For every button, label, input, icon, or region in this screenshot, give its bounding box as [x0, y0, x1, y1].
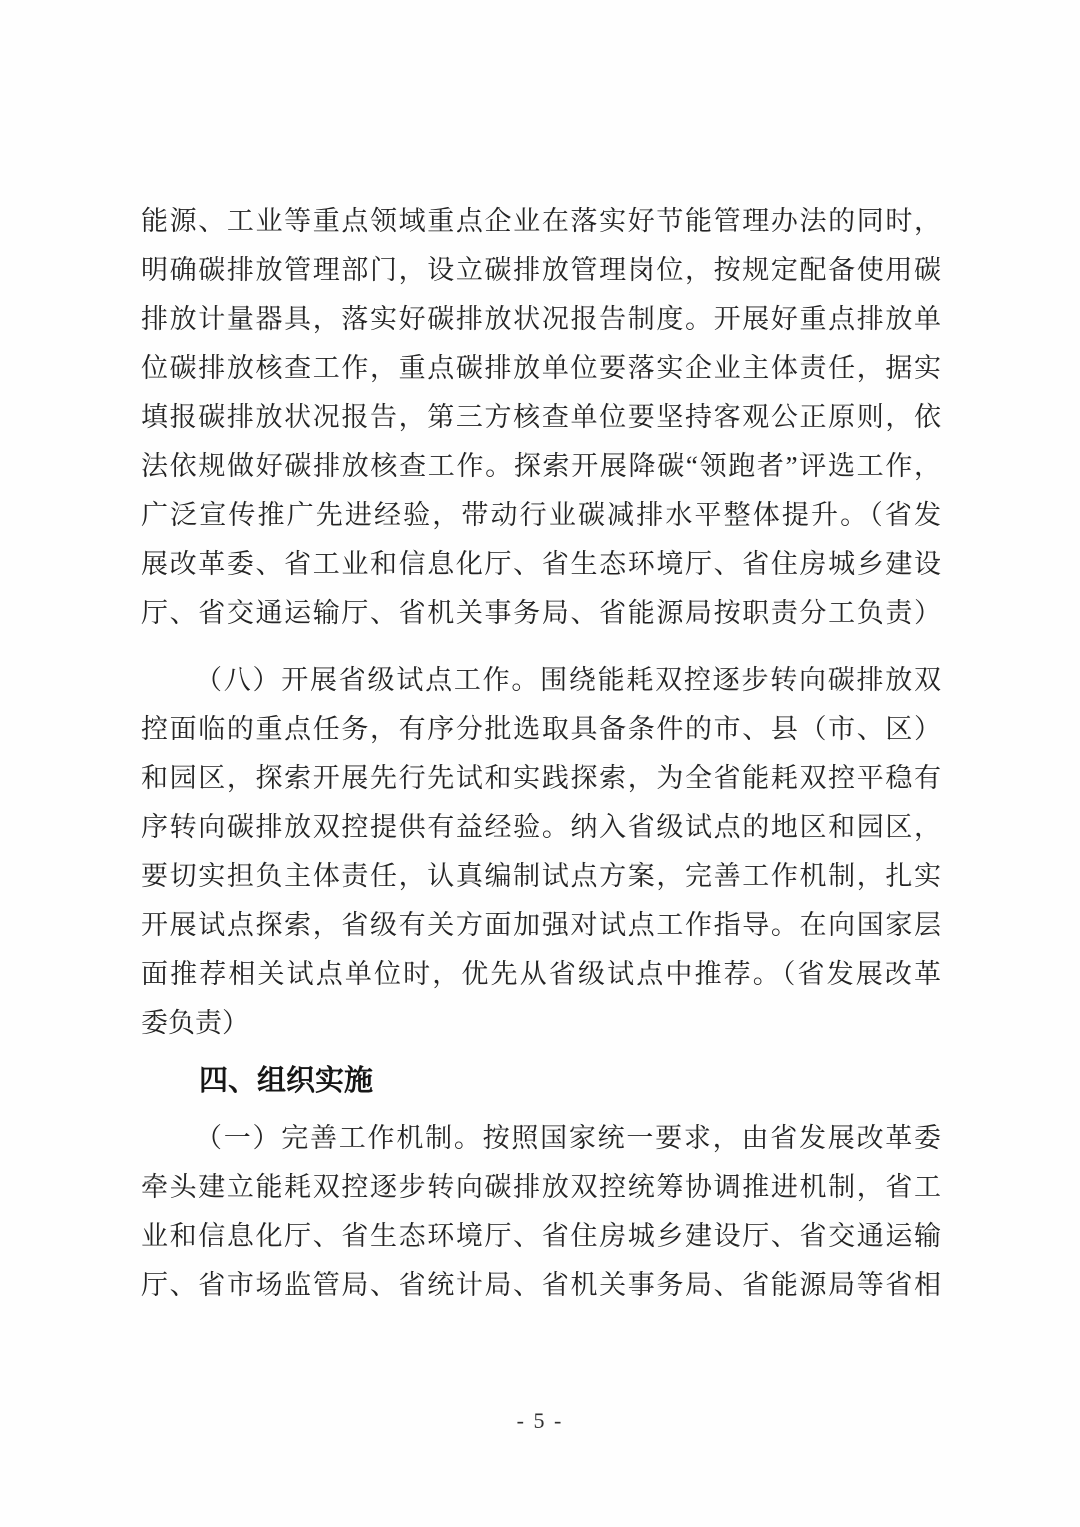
- document-body: 能源、工业等重点领域重点企业在落实好节能管理办法的同时，明确碳排放管理部门，设立…: [141, 197, 941, 1310]
- text-line: 牵头建立能耗双控逐步转向碳排放双控统筹协调推进机制，省工: [141, 1163, 941, 1212]
- text-line: 位碳排放核查工作，重点碳排放单位要落实企业主体责任，据实: [141, 344, 941, 393]
- document-page: 能源、工业等重点领域重点企业在落实好节能管理办法的同时，明确碳排放管理部门，设立…: [0, 0, 1080, 1527]
- text-line: 面推荐相关试点单位时，优先从省级试点中推荐。（省发展改革: [141, 950, 941, 999]
- text-line: 明确碳排放管理部门，设立碳排放管理岗位，按规定配备使用碳: [141, 246, 941, 295]
- text-line: 厅、省市场监管局、省统计局、省机关事务局、省能源局等省相: [141, 1261, 941, 1310]
- text-line: 能源、工业等重点领域重点企业在落实好节能管理办法的同时，: [141, 197, 941, 246]
- text-line: 序转向碳排放双控提供有益经验。纳入省级试点的地区和园区，: [141, 803, 941, 852]
- text-line: 法依规做好碳排放核查工作。探索开展降碳“领跑者”评选工作，: [141, 442, 941, 491]
- page-footer: - 5 -: [0, 1408, 1080, 1434]
- text-line: 控面临的重点任务，有序分批选取具备条件的市、县（市、区）: [141, 705, 941, 754]
- text-line: 厅、省交通运输厅、省机关事务局、省能源局按职责分工负责）: [141, 589, 941, 638]
- page-number: - 5 -: [517, 1408, 564, 1433]
- text-line: 委负责）: [141, 999, 941, 1048]
- text-line: 展改革委、省工业和信息化厅、省生态环境厅、省住房城乡建设: [141, 540, 941, 589]
- text-line: 和园区，探索开展先行先试和实践探索，为全省能耗双控平稳有: [141, 754, 941, 803]
- text-line: 排放计量器具，落实好碳排放状况报告制度。开展好重点排放单: [141, 295, 941, 344]
- text-line: （一）完善工作机制。按照国家统一要求，由省发展改革委: [141, 1114, 941, 1163]
- text-line: 填报碳排放状况报告，第三方核查单位要坚持客观公正原则，依: [141, 393, 941, 442]
- text-line: 要切实担负主体责任，认真编制试点方案，完善工作机制，扎实: [141, 852, 941, 901]
- text-line: （八）开展省级试点工作。围绕能耗双控逐步转向碳排放双: [141, 656, 941, 705]
- para-improve-working-mechanism: （一）完善工作机制。按照国家统一要求，由省发展改革委牵头建立能耗双控逐步转向碳排…: [141, 1114, 941, 1310]
- heading-organization-implementation: 四、组织实施: [141, 1055, 941, 1107]
- para-provincial-pilot-work: （八）开展省级试点工作。围绕能耗双控逐步转向碳排放双控面临的重点任务，有序分批选…: [141, 656, 941, 1048]
- text-line: 开展试点探索，省级有关方面加强对试点工作指导。在向国家层: [141, 901, 941, 950]
- text-line: 业和信息化厅、省生态环境厅、省住房城乡建设厅、省交通运输: [141, 1212, 941, 1261]
- text-line: 广泛宣传推广先进经验，带动行业碳减排水平整体提升。（省发: [141, 491, 941, 540]
- para-key-enterprises-carbon-management: 能源、工业等重点领域重点企业在落实好节能管理办法的同时，明确碳排放管理部门，设立…: [141, 197, 941, 638]
